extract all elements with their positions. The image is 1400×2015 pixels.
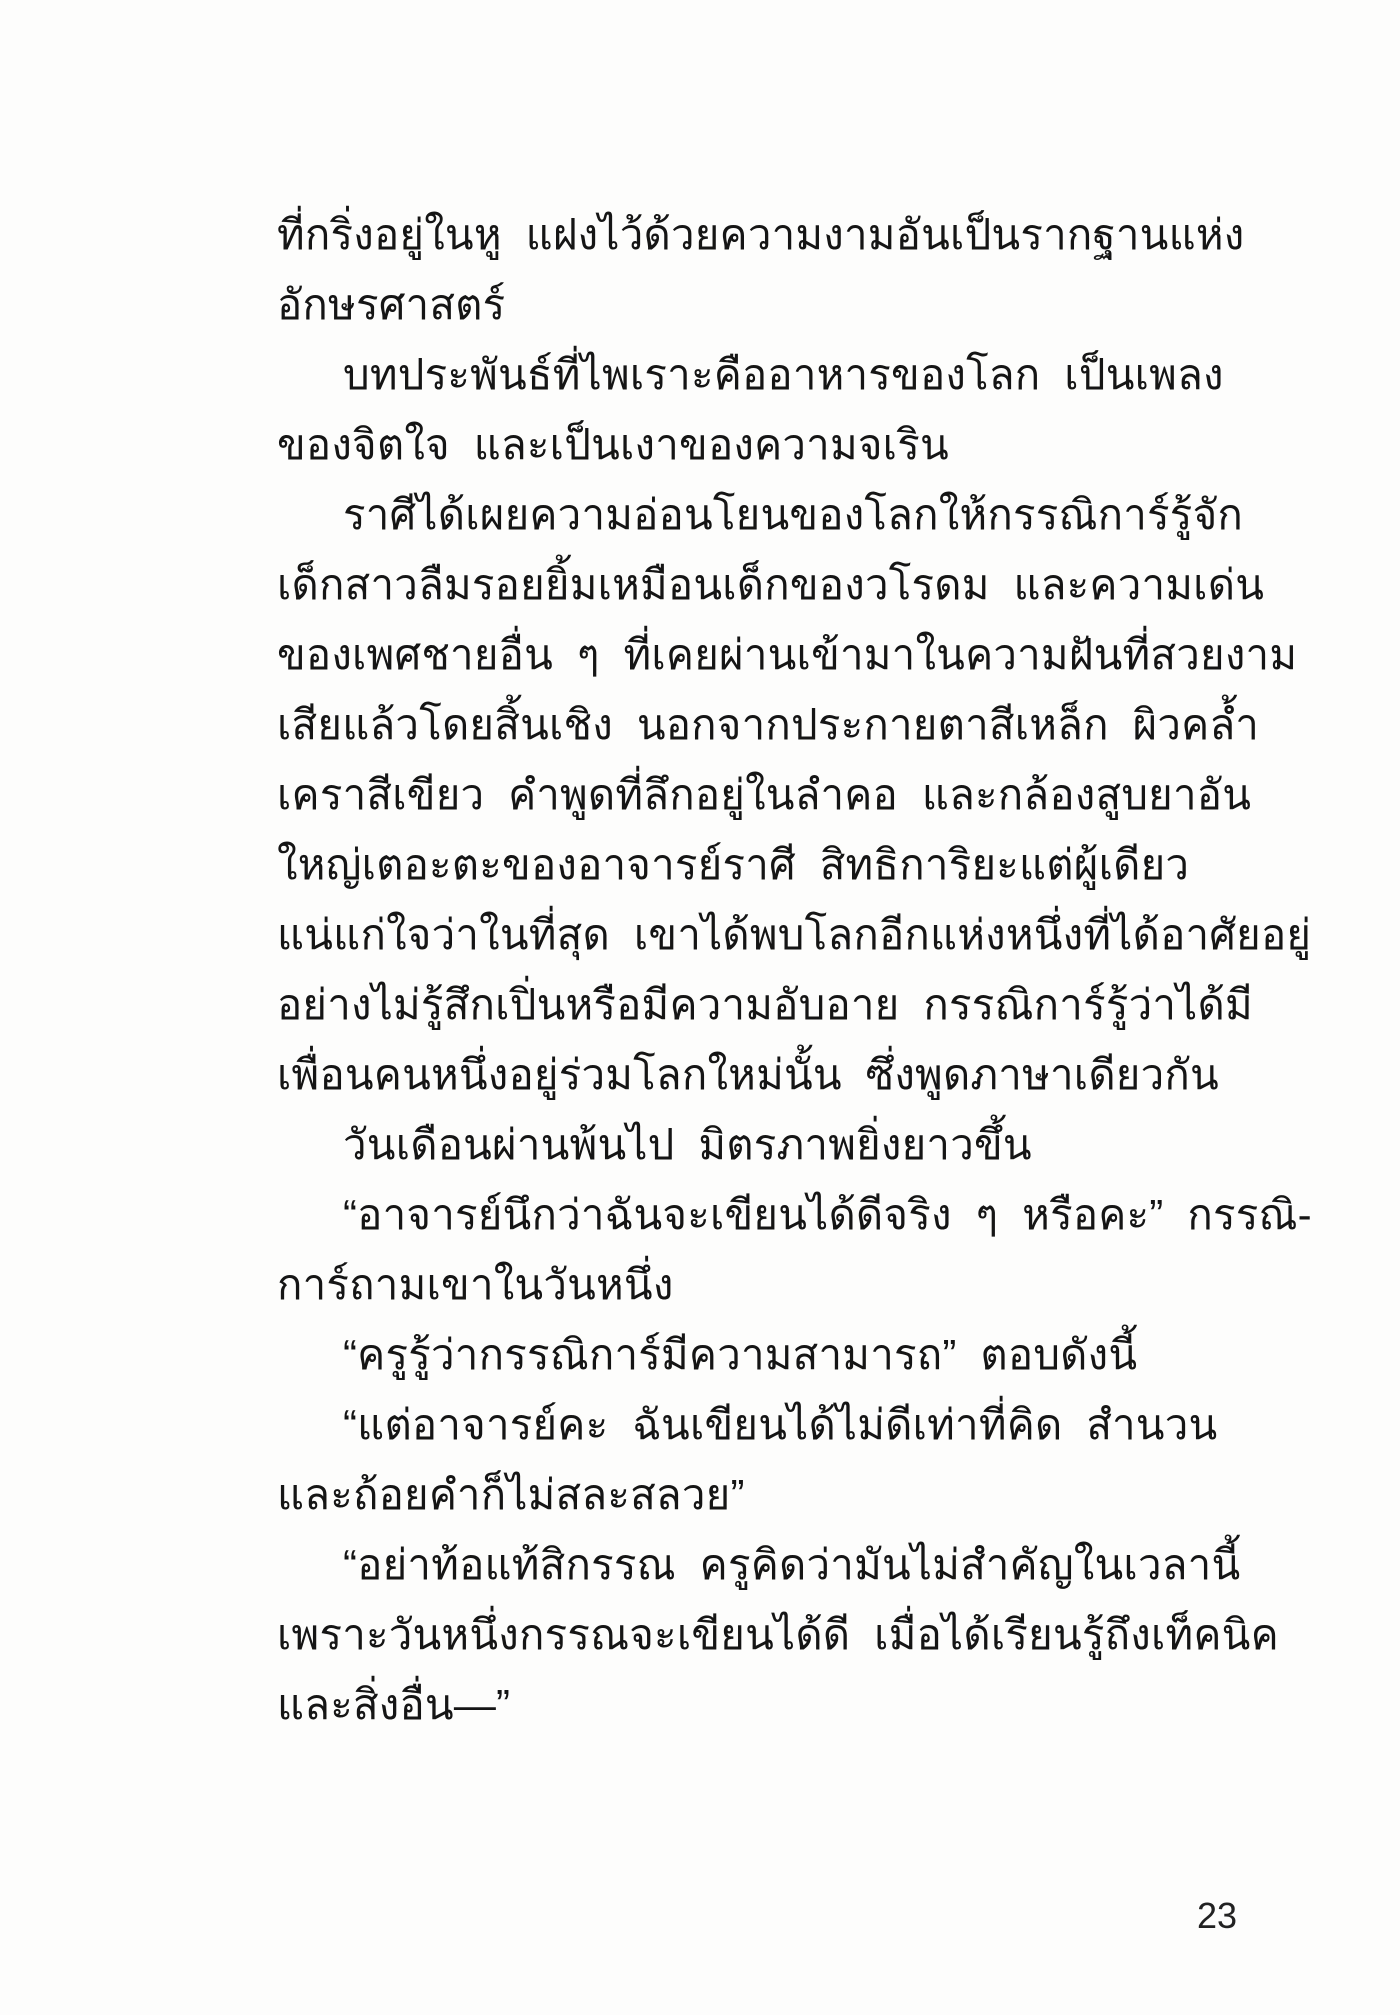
text-line: “ครูรู้ว่ากรรณิการ์มีความสามารถ” ตอบดังน… [277,1320,1235,1390]
text-line: แน่แก่ใจว่าในที่สุด เขาได้พบโลกอีกแห่งหน… [277,900,1235,970]
text-line: และถ้อยคำก็ไม่สละสลวย” [277,1460,1235,1530]
text-line: เพื่อนคนหนึ่งอยู่ร่วมโลกใหม่นั้น ซึ่งพูด… [277,1040,1235,1110]
text-line: บทประพันธ์ที่ไพเราะคืออาหารของโลก เป็นเพ… [277,340,1235,410]
page-number: 23 [1197,1896,1237,1936]
text-line: และสิ่งอื่น—” [277,1670,1235,1740]
text-line: “อาจารย์นึกว่าฉันจะเขียนได้ดีจริง ๆ หรือ… [277,1180,1235,1250]
text-line: ราศีได้เผยความอ่อนโยนของโลกให้กรรณิการ์ร… [277,480,1235,550]
page-text: ที่กริ่งอยู่ในหู แฝงไว้ด้วยความงามอันเป็… [277,200,1235,1740]
text-line: เคราสีเขียว คำพูดที่ลึกอยู่ในลำคอ และกล้… [277,760,1235,830]
text-line: เพราะวันหนึ่งกรรณจะเขียนได้ดี เมื่อได้เร… [277,1600,1235,1670]
text-line: เด็กสาวลืมรอยยิ้มเหมือนเด็กของวโรดม และค… [277,550,1235,620]
text-line: เสียแล้วโดยสิ้นเชิง นอกจากประกายตาสีเหล็… [277,690,1235,760]
text-line: การ์ถามเขาในวันหนึ่ง [277,1250,1235,1320]
text-line: ใหญ่เตอะตะของอาจารย์ราศี สิทธิการิยะแต่ผ… [277,830,1235,900]
text-line: วันเดือนผ่านพ้นไป มิตรภาพยิ่งยาวขึ้น [277,1110,1235,1180]
text-line: อักษรศาสตร์ [277,270,1235,340]
text-line: “อย่าท้อแท้สิกรรณ ครูคิดว่ามันไม่สำคัญใน… [277,1530,1235,1600]
text-line: อย่างไม่รู้สึกเปิ่นหรือมีความอับอาย กรรณ… [277,970,1235,1040]
text-line: “แต่อาจารย์คะ ฉันเขียนได้ไม่ดีเท่าที่คิด… [277,1390,1235,1460]
text-line: ของเพศชายอื่น ๆ ที่เคยผ่านเข้ามาในความฝั… [277,620,1235,690]
text-line: ที่กริ่งอยู่ในหู แฝงไว้ด้วยความงามอันเป็… [277,200,1235,270]
book-page: ที่กริ่งอยู่ในหู แฝงไว้ด้วยความงามอันเป็… [0,0,1400,2015]
text-line: ของจิตใจ และเป็นเงาของความจเริน [277,410,1235,480]
